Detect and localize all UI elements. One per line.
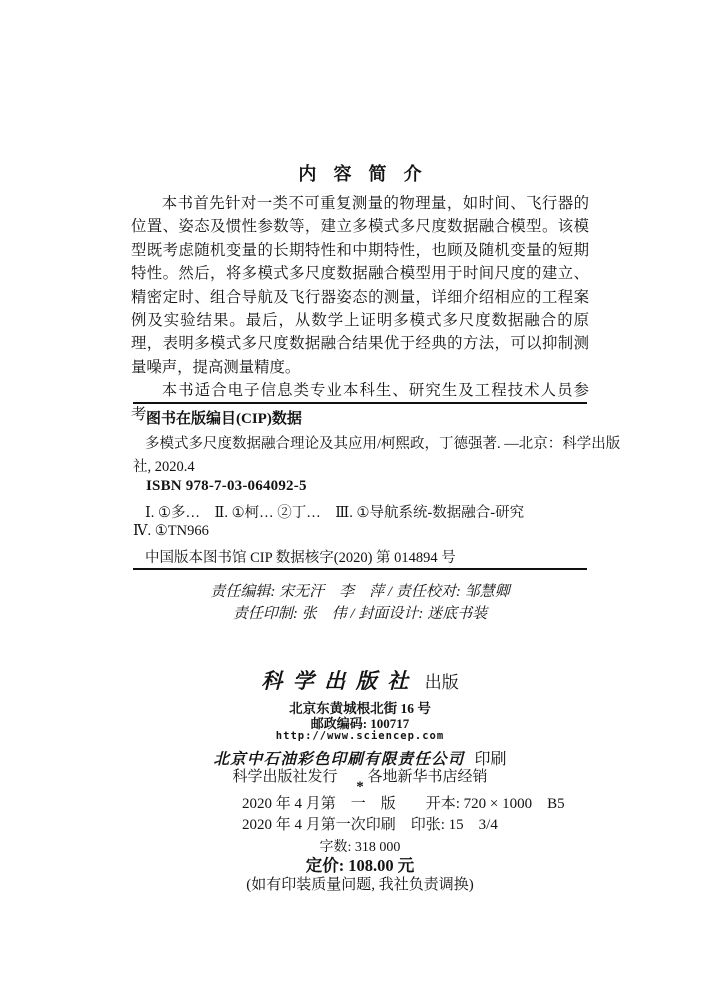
edition-block: 2020 年 4 月第 一 版 开本: 720 × 1000 B5 2020 年… [242, 794, 565, 837]
quality-notice: (如有印装质量问题, 我社负责调换) [0, 873, 720, 894]
cip-heading: 图书在版编目(CIP)数据 [146, 407, 302, 428]
publisher-url: http://www.sciencep.com [0, 730, 720, 742]
cip-entry-line-1: 多模式多尺度数据融合理论及其应用/柯熙政，丁德强著. —北京：科学出版 [145, 432, 620, 453]
cip-rule-bottom [133, 568, 587, 570]
credits-editors-line: 责任编辑: 宋无汗 李 萍 / 责任校对: 邹慧卿 [0, 581, 720, 603]
cip-class-line-1: Ⅰ. ①多… Ⅱ. ①柯… ②丁… Ⅲ. ①导航系统-数据融合-研究 [145, 501, 524, 522]
edition-line-2: 2020 年 4 月第一次印刷 印张: 15 3/4 [242, 815, 565, 836]
cip-isbn: ISBN 978-7-03-064092-5 [146, 478, 307, 495]
cip-class-line-2: Ⅳ. ①TN966 [133, 523, 209, 540]
cip-rule-top [133, 402, 587, 404]
intro-paragraph-1: 本书首先针对一类不可重复测量的物理量，如时间、飞行器的位置、姿态及惯性参数等，建… [131, 192, 589, 379]
publisher-logotype: 科学出版社 [261, 669, 419, 693]
book-copyright-page: 内容简介 本书首先针对一类不可重复测量的物理量，如时间、飞行器的位置、姿态及惯性… [0, 0, 720, 1000]
publisher-line: 科学出版社 出版 [0, 665, 720, 695]
intro-title: 内容简介 [0, 160, 720, 186]
staff-credits: 责任编辑: 宋无汗 李 萍 / 责任校对: 邹慧卿 责任印制: 张 伟 / 封面… [0, 581, 720, 626]
intro-body: 本书首先针对一类不可重复测量的物理量，如时间、飞行器的位置、姿态及惯性参数等，建… [131, 192, 589, 426]
cip-record-number: 中国版本图书馆 CIP 数据核字(2020) 第 014894 号 [145, 546, 456, 567]
edition-line-1: 2020 年 4 月第 一 版 开本: 720 × 1000 B5 [242, 794, 565, 815]
credits-printing-line: 责任印制: 张 伟 / 封面设计: 迷底书装 [0, 603, 720, 625]
publisher-role-label: 出版 [425, 673, 459, 692]
cip-entry-line-2: 社, 2020.4 [133, 455, 195, 476]
